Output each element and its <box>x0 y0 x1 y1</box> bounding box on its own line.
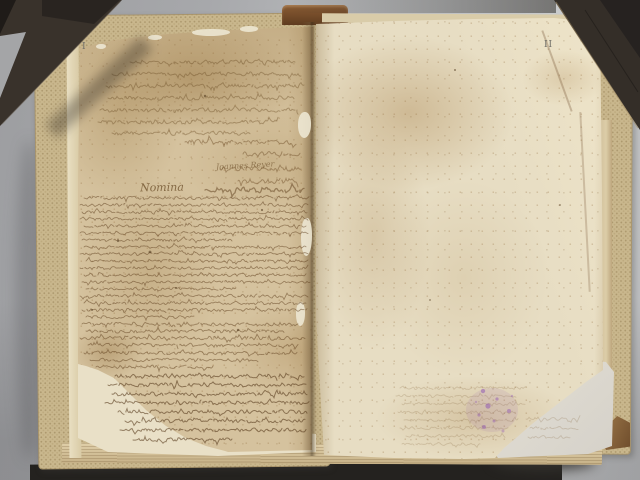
photograph-of-open-manuscript-book: I II Nomina Joannes Reyer <box>0 0 640 480</box>
book-cradle-clamps <box>0 0 640 480</box>
